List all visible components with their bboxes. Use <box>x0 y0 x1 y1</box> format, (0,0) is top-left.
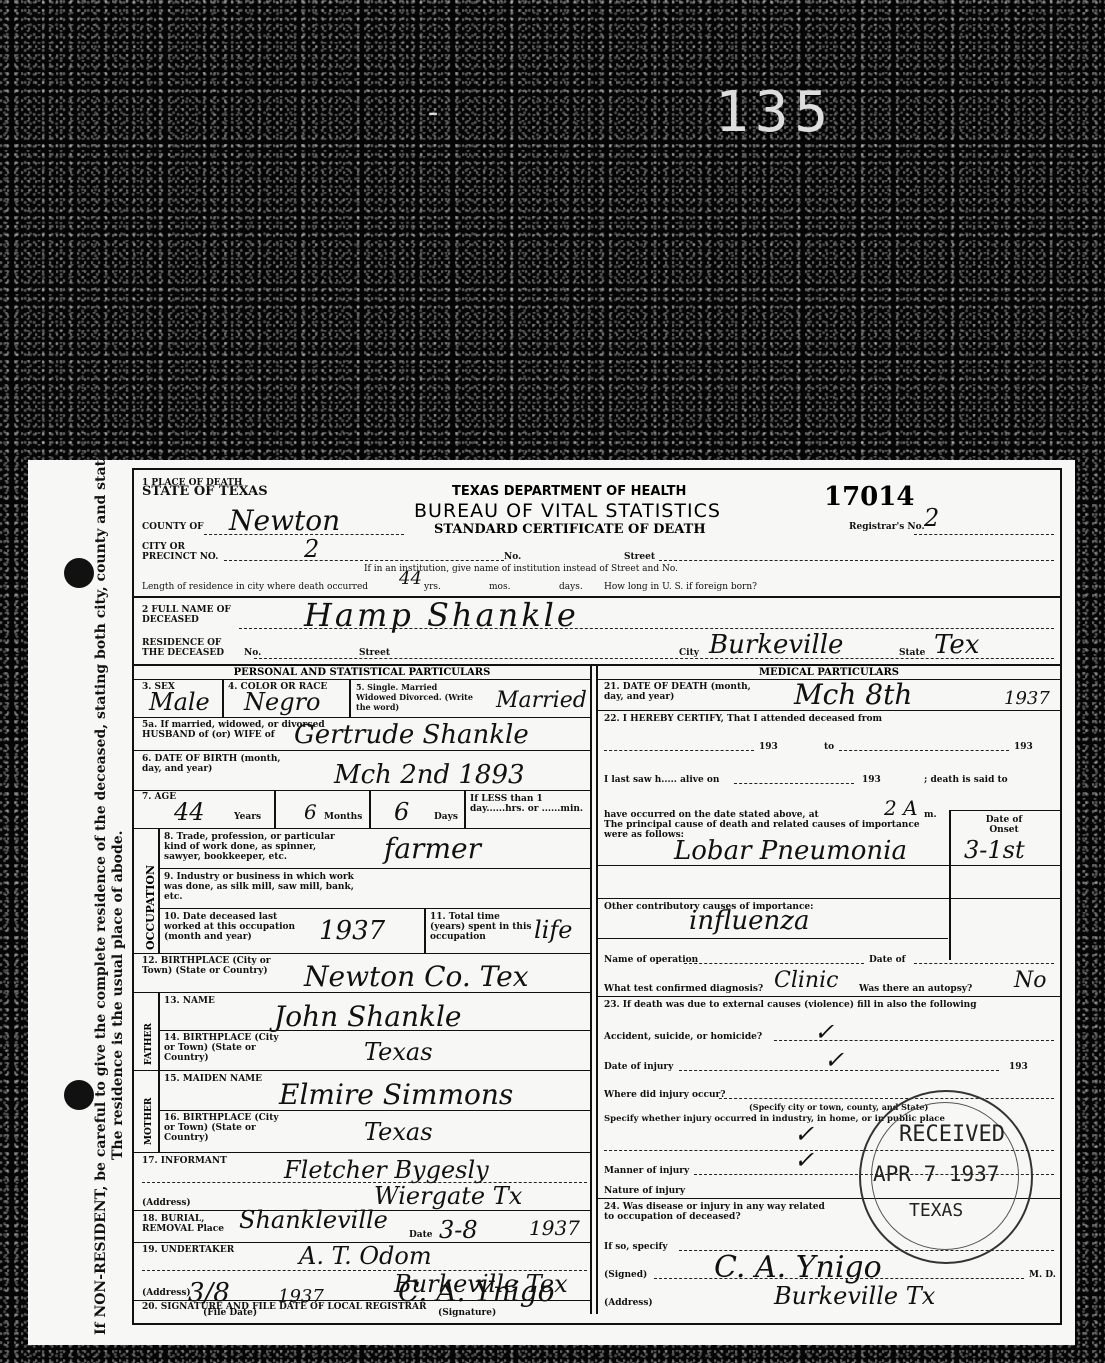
certificate-form: 1 PLACE OF DEATH STATE OF TEXAS TEXAS DE… <box>132 468 1062 1325</box>
mother-heading: MOTHER <box>144 1098 154 1145</box>
years-label: Years <box>234 812 261 822</box>
burial-label: 18. BURIAL, REMOVAL Place <box>142 1214 232 1234</box>
registrar-signature: C. A. Ynigo <box>398 1275 555 1308</box>
burial-place: Shankleville <box>239 1206 388 1234</box>
county-label: COUNTY OF <box>142 522 204 532</box>
total-time-value: life <box>534 916 572 944</box>
undertaker-name: A. T. Odom <box>299 1242 432 1270</box>
signature-label: (Signature) <box>438 1308 496 1318</box>
bureau-title: BUREAU OF VITAL STATISTICS <box>414 500 721 522</box>
autopsy-value: No <box>1014 968 1047 993</box>
file-date-label: (File Date) <box>203 1308 257 1318</box>
dob-label: 6. DATE OF BIRTH (month, day, and year) <box>142 754 292 774</box>
days-label: Days <box>434 812 458 822</box>
residence-label: RESIDENCE OF THE DECEASED <box>142 638 242 658</box>
residence-length-years: 44 <box>399 568 422 589</box>
scan-page-number: 135 <box>715 80 834 145</box>
external-causes-label: 23. If death was due to external causes … <box>604 1000 977 1010</box>
age-years: 44 <box>174 798 205 826</box>
mother-birthplace: Texas <box>364 1118 433 1146</box>
side-notice-line-1: If NON-RESIDENT, be careful to give the … <box>93 446 109 1335</box>
nature-label: Nature of injury <box>604 1186 685 1196</box>
manner-check: ✓ <box>794 1146 814 1174</box>
principal-cause: Lobar Pneumonia <box>674 836 907 866</box>
state-label: STATE OF TEXAS <box>142 487 268 497</box>
trade-value: farmer <box>384 832 481 865</box>
days-label: days. <box>559 582 583 592</box>
occupation-related-label: 24. Was disease or injury in any way rel… <box>604 1202 834 1222</box>
side-notice-line-2: The residence is the usual place of abod… <box>110 830 126 1160</box>
dod-year: 1937 <box>1004 688 1050 709</box>
mother-maiden-label: 15. MAIDEN NAME <box>164 1074 262 1084</box>
physician-address: Burkeville Tx <box>774 1282 935 1310</box>
age-days: 6 <box>394 798 409 826</box>
residence-state: Tex <box>934 630 979 660</box>
months-label: Months <box>324 812 362 822</box>
time-of-death-label: have occurred on the date stated above, … <box>604 810 819 820</box>
residence-state-label: State <box>899 648 925 658</box>
informant-address-label: (Address) <box>142 1198 191 1208</box>
if-so-label: If so, specify <box>604 1242 668 1252</box>
spouse-value: Gertrude Shankle <box>294 720 529 750</box>
sex-value: Male <box>149 688 210 716</box>
department-title: TEXAS DEPARTMENT OF HEALTH <box>452 484 686 499</box>
accident-label: Accident, suicide, or homicide? <box>604 1032 762 1042</box>
certificate-number: 17014 <box>824 482 914 512</box>
dob-value: Mch 2nd 1893 <box>334 760 525 790</box>
institution-no-label: No. <box>504 552 521 562</box>
undertaker-address-label: (Address) <box>142 1288 191 1298</box>
time-of-death: 2 A <box>884 796 918 820</box>
precinct-value: 2 <box>304 535 319 563</box>
residence-city-label: City <box>679 648 699 658</box>
operation-date-label: Date of <box>869 955 906 965</box>
injury-date-label: Date of injury <box>604 1062 673 1072</box>
undertaker-label: 19. UNDERTAKER <box>142 1245 234 1255</box>
residence-street-label: Street <box>359 648 390 658</box>
injury-place-check: ✓ <box>794 1120 814 1148</box>
total-time-label: 11. Total time (years) spent in this occ… <box>430 912 535 942</box>
yrs-label: yrs. <box>424 582 441 592</box>
stamp-title: RECEIVED <box>899 1122 1005 1147</box>
stamp-state: TEXAS <box>909 1200 963 1221</box>
registrar-no-label: Registrar's No. <box>849 522 925 532</box>
birthplace-value: Newton Co. Tex <box>304 960 529 993</box>
personal-section-title: PERSONAL AND STATISTICAL PARTICULARS <box>134 667 590 678</box>
last-saw-year: 193 <box>862 775 881 785</box>
binder-hole-icon <box>64 558 94 588</box>
mother-birthplace-label: 16. BIRTHPLACE (City or Town) (State or … <box>164 1113 284 1143</box>
residence-no-label: No. <box>244 648 261 658</box>
informant-address: Wiergate Tx <box>374 1182 522 1210</box>
mother-maiden-name: Elmire Simmons <box>279 1078 513 1111</box>
binder-hole-icon <box>64 1080 94 1110</box>
diagnosis-value: Clinic <box>774 968 838 993</box>
marital-label: 5. Single. Married Widowed Divorced. (Wr… <box>356 682 476 712</box>
death-certificate: If NON-RESIDENT, be careful to give the … <box>28 460 1075 1345</box>
age-months: 6 <box>304 800 317 824</box>
certify-label: 22. I HEREBY CERTIFY, That I attended de… <box>604 714 882 724</box>
burial-date-label: Date <box>409 1230 433 1240</box>
informant-label: 17. INFORMANT <box>142 1156 227 1166</box>
certificate-type: STANDARD CERTIFICATE OF DEATH <box>434 522 706 537</box>
file-date: 3/8 <box>188 1278 230 1308</box>
precinct-label: CITY OR PRECINCT NO. <box>142 542 222 562</box>
father-name-label: 13. NAME <box>164 996 215 1006</box>
diagnosis-label: What test confirmed diagnosis? <box>604 984 763 994</box>
death-said-label: ; death is said to <box>924 775 1008 785</box>
race-value: Negro <box>244 688 321 716</box>
dod-value: Mch 8th <box>794 678 912 711</box>
informant-name: Fletcher Bygesly <box>284 1156 489 1184</box>
received-stamp: RECEIVED APR 7 1937 TEXAS <box>859 1090 1033 1264</box>
attended-to-year: 193 <box>1014 742 1033 752</box>
last-worked-label: 10. Date deceased last worked at this oc… <box>164 912 299 942</box>
attended-to-label: to <box>824 742 834 752</box>
burial-date: 3-8 <box>439 1216 478 1244</box>
physician-signature: C. A. Ynigo <box>714 1250 882 1285</box>
birthplace-label: 12. BIRTHPLACE (City or Town) (State or … <box>142 956 272 976</box>
stamp-date: APR 7 1937 <box>873 1162 999 1186</box>
father-birthplace: Texas <box>364 1038 433 1066</box>
less-than-day-label: If LESS than 1 day......hrs. or ......mi… <box>470 794 585 814</box>
institution-street-label: Street <box>624 552 655 562</box>
father-name: John Shankle <box>274 1000 461 1033</box>
last-saw-label: I last saw h..... alive on <box>604 775 719 785</box>
industry-label: 9. Industry or business in which work wa… <box>164 872 354 902</box>
full-name-label: 2 FULL NAME OF DECEASED <box>142 605 242 625</box>
physician-address-label: (Address) <box>604 1298 653 1308</box>
signed-label: (Signed) <box>604 1270 647 1280</box>
occupation-heading: OCCUPATION <box>144 865 157 950</box>
residence-city: Burkeville <box>709 630 843 660</box>
onset-value: 3-1st <box>964 836 1025 864</box>
attended-from-year: 193 <box>759 742 778 752</box>
scan-dash-mark: - <box>428 95 438 130</box>
residence-length-label: Length of residence in city where death … <box>142 582 368 592</box>
dod-label: 21. DATE OF DEATH (month, day, and year) <box>604 682 754 702</box>
accident-check: ✓ <box>814 1018 834 1046</box>
father-birthplace-label: 14. BIRTHPLACE (City or Town) (State or … <box>164 1033 284 1063</box>
marital-value: Married <box>496 688 587 713</box>
last-worked-value: 1937 <box>319 916 385 946</box>
mos-label: mos. <box>489 582 510 592</box>
father-heading: FATHER <box>144 1023 154 1065</box>
onset-label: Date of Onset <box>974 815 1034 835</box>
registrar-no-value: 2 <box>924 504 939 532</box>
injury-year: 193 <box>1009 1062 1028 1072</box>
trade-label: 8. Trade, profession, or particular kind… <box>164 832 354 862</box>
contributory-value: influenza <box>689 906 809 936</box>
age-label: 7. AGE <box>142 792 176 802</box>
m-label: m. <box>924 810 937 820</box>
foreign-born-label: How long in U. S. if foreign born? <box>604 582 757 592</box>
md-label: M. D. <box>1029 1270 1056 1280</box>
manner-label: Manner of injury <box>604 1166 689 1176</box>
injury-where-label: Where did injury occur? <box>604 1090 726 1100</box>
county-value: Newton <box>229 504 340 537</box>
file-year: 1937 <box>278 1286 324 1307</box>
autopsy-label: Was there an autopsy? <box>859 984 972 994</box>
burial-year: 1937 <box>529 1216 580 1240</box>
medical-section-title: MEDICAL PARTICULARS <box>598 667 1060 678</box>
